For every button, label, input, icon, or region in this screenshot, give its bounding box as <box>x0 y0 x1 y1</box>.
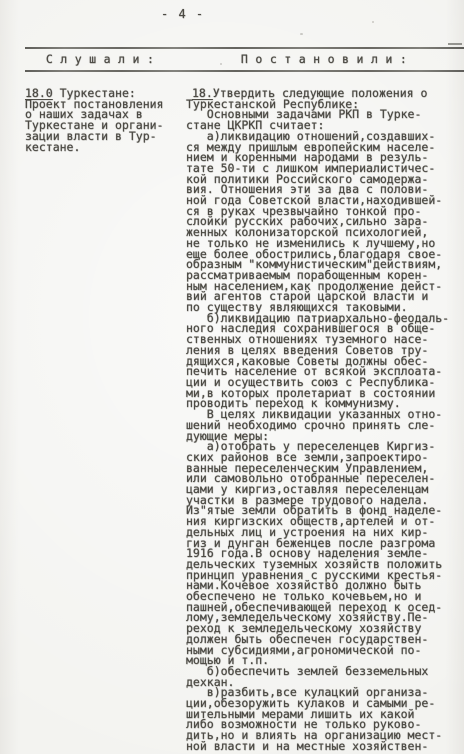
agenda-item-description: Проект постановления о наших задачах в Т… <box>25 99 177 153</box>
table-header-rule-bottom <box>25 70 464 72</box>
page-number: - 4 - <box>161 7 205 21</box>
column-header-resolved: П о с т а н о в и л и : <box>188 52 460 66</box>
scan-speck <box>372 21 374 23</box>
resolved-column: 18.Утвердить следующие положения о Турке… <box>186 88 462 752</box>
listened-column: 18.0 Туркестане: Проект постановления о … <box>25 88 177 152</box>
column-header-listened: С л у ш а л и : <box>25 52 175 66</box>
resolution-body-text: Туркестанской Республике: Основными зада… <box>186 99 462 752</box>
scan-speck <box>300 33 303 35</box>
table-header-rule-top <box>25 47 464 49</box>
scanned-document-page: - 4 - С л у ш а л и : П о с т а н о в и … <box>0 0 464 754</box>
